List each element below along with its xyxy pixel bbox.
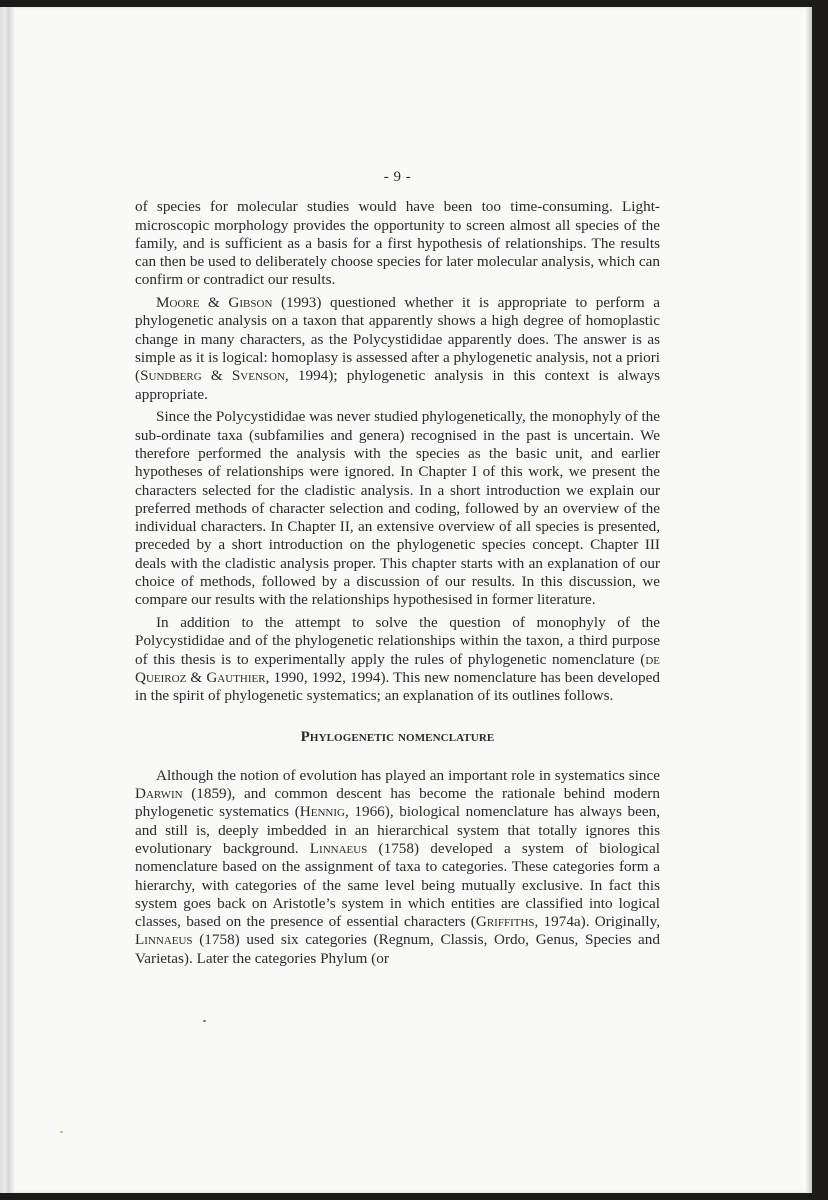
binding-gutter xyxy=(0,7,14,1193)
body-paragraph: In addition to the attempt to solve the … xyxy=(135,614,660,705)
paragraph-text: Since the Polycystididae was never studi… xyxy=(135,408,660,608)
scanned-page: - 9 - of species for molecular studies w… xyxy=(0,0,828,1200)
body-paragraph: Since the Polycystididae was never studi… xyxy=(135,408,660,609)
page-number: - 9 - xyxy=(135,168,660,186)
section-paragraphs: Although the notion of evolution has pla… xyxy=(135,767,660,968)
scan-speck xyxy=(203,1020,206,1022)
body-paragraph: Although the notion of evolution has pla… xyxy=(135,767,660,968)
paragraph-text: of species for molecular studies would h… xyxy=(135,198,660,288)
paragraph-text: , 1974a). Originally, xyxy=(535,913,660,930)
text-block: - 9 - of species for molecular studies w… xyxy=(135,168,660,972)
body-paragraph: Moore & Gibson (1993) questioned whether… xyxy=(135,294,660,404)
intro-paragraphs: of species for molecular studies would h… xyxy=(135,198,660,705)
paragraph-text: (1758) used six categories (Regnum, Clas… xyxy=(135,931,660,966)
body-paragraph: of species for molecular studies would h… xyxy=(135,198,660,289)
cited-author: Linnaeus xyxy=(310,840,368,857)
paragraph-text: Although the notion of evolution has pla… xyxy=(156,767,660,784)
scan-speck xyxy=(60,1131,63,1133)
cited-author: Sundberg & Svenson xyxy=(140,367,285,384)
section-heading: Phylogenetic nomenclature xyxy=(135,728,660,746)
cited-author: Moore & Gibson xyxy=(156,294,272,311)
page-edge xyxy=(806,7,812,1193)
cited-author: Griffiths xyxy=(476,913,535,930)
cited-author: Hennig xyxy=(300,803,345,820)
cited-author: Darwin xyxy=(135,785,183,802)
paragraph-text: In addition to the attempt to solve the … xyxy=(135,614,660,668)
cited-author: Linnaeus xyxy=(135,931,193,948)
